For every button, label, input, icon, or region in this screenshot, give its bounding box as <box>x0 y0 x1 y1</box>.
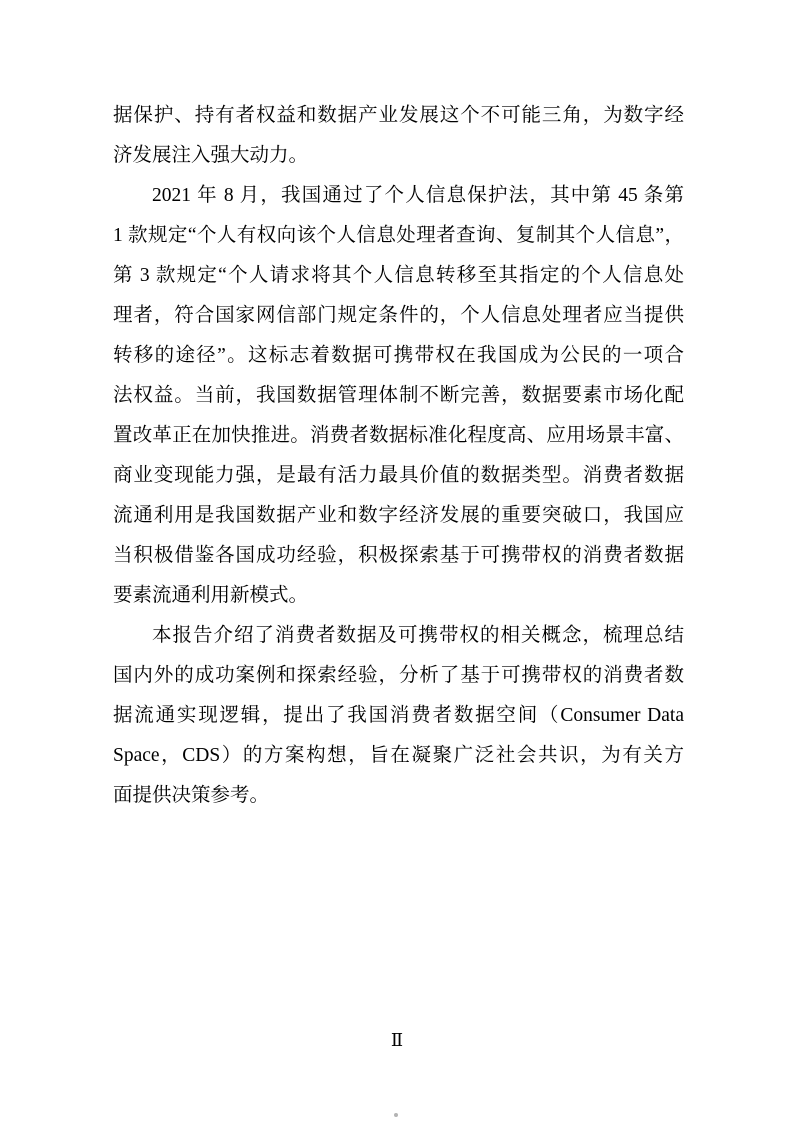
text-line: 商业变现能力强，是最有活力最具价值的数据类型。消费者数据 <box>113 456 684 496</box>
text-line: 1 款规定“个人有权向该个人信息处理者查询、复制其个人信息”， <box>113 216 684 256</box>
text-line: 济发展注入强大动力。 <box>113 136 684 176</box>
document-body: 据保护、持有者权益和数据产业发展这个不可能三角，为数字经济发展注入强大动力。20… <box>113 96 684 816</box>
document-page: 据保护、持有者权益和数据产业发展这个不可能三角，为数字经济发展注入强大动力。20… <box>0 0 794 1123</box>
page-number: Ⅱ <box>391 1030 403 1050</box>
text-line: 流通利用是我国数据产业和数字经济发展的重要突破口，我国应 <box>113 496 684 536</box>
text-line: 面提供决策参考。 <box>113 776 684 816</box>
page-footer: Ⅱ <box>0 1028 794 1052</box>
text-line: 本报告介绍了消费者数据及可携带权的相关概念，梳理总结 <box>113 616 684 656</box>
text-line: 据保护、持有者权益和数据产业发展这个不可能三角，为数字经 <box>113 96 684 136</box>
text-line: 第 3 款规定“个人请求将其个人信息转移至其指定的个人信息处 <box>113 256 684 296</box>
page-speck <box>394 1113 398 1117</box>
text-line: Space，CDS）的方案构想，旨在凝聚广泛社会共识，为有关方 <box>113 736 684 776</box>
text-line: 据流通实现逻辑，提出了我国消费者数据空间（Consumer Data <box>113 696 684 736</box>
text-line: 法权益。当前，我国数据管理体制不断完善，数据要素市场化配 <box>113 376 684 416</box>
text-line: 2021 年 8 月，我国通过了个人信息保护法，其中第 45 条第 <box>113 176 684 216</box>
text-line: 理者，符合国家网信部门规定条件的，个人信息处理者应当提供 <box>113 296 684 336</box>
text-line: 当积极借鉴各国成功经验，积极探索基于可携带权的消费者数据 <box>113 536 684 576</box>
text-line: 转移的途径”。这标志着数据可携带权在我国成为公民的一项合 <box>113 336 684 376</box>
text-line: 国内外的成功案例和探索经验，分析了基于可携带权的消费者数 <box>113 656 684 696</box>
text-line: 置改革正在加快推进。消费者数据标准化程度高、应用场景丰富、 <box>113 416 684 456</box>
text-line: 要素流通利用新模式。 <box>113 576 684 616</box>
